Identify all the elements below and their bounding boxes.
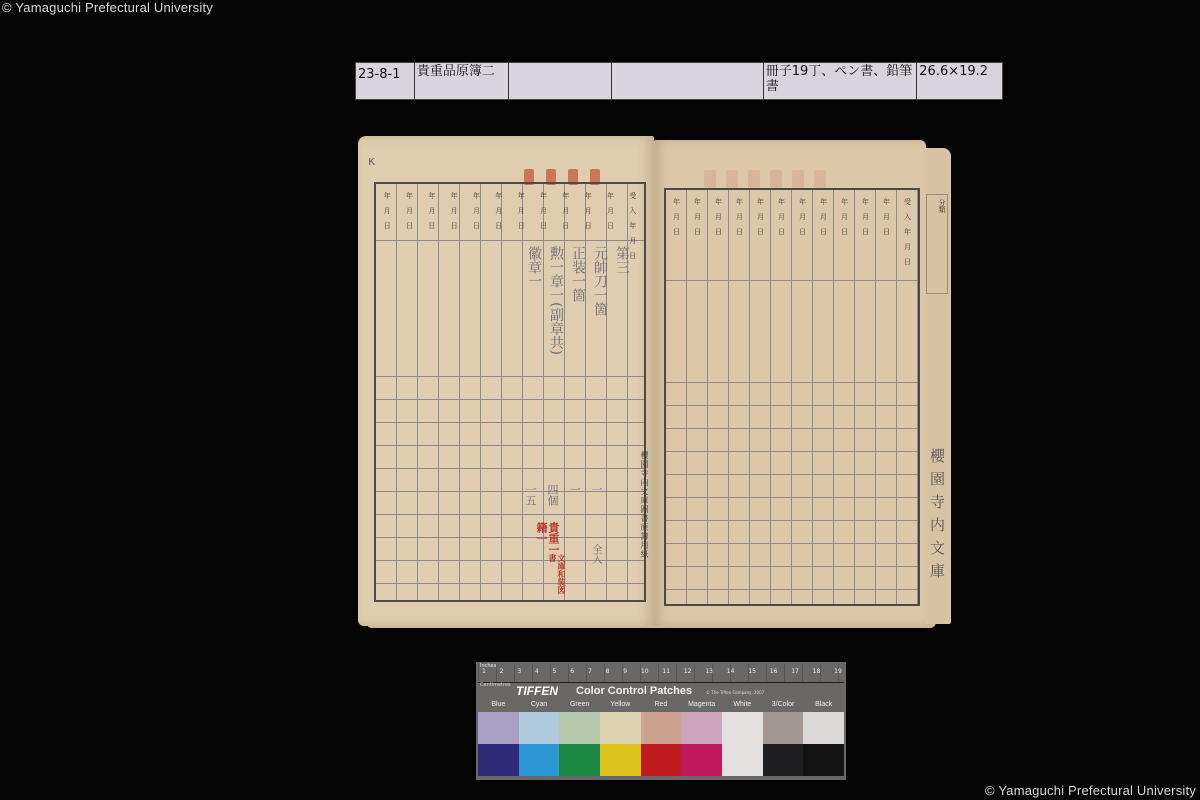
- color-patch-blue-top: [478, 712, 519, 744]
- color-patches: [478, 712, 844, 776]
- chart-title: Color Control Patches: [576, 685, 692, 697]
- tiffen-logo: TIFFEN: [516, 684, 558, 698]
- handwritten-entry: 徽章一: [524, 246, 544, 288]
- color-patch-cyan-bottom: [519, 744, 560, 776]
- color-patch-green-bottom: [559, 744, 600, 776]
- left-ledger-grid: 年月日 年月日 年月日 年月日 年月日 年月日 年月日 年月日 年月日 年月日 …: [374, 182, 646, 602]
- centimetres-label: Centimetres: [480, 682, 511, 688]
- color-patch-black-bottom: [803, 744, 844, 776]
- tiffen-color-chart: Inches 1 2 3 4 5 6 7 8 9 10 11 12 13 14 …: [476, 662, 846, 780]
- catalog-description: 冊子19丁、ペン書、鉛筆書: [764, 63, 918, 99]
- patch-labels: Blue Cyan Green Yellow Red Magenta White…: [478, 701, 844, 708]
- red-stamp-line: 貴重一: [548, 522, 559, 555]
- next-page-text: 櫻園寺内文庫: [927, 448, 948, 586]
- color-patch-blue-bottom: [478, 744, 519, 776]
- chart-copyright: © The Tiffen Company, 2007: [706, 690, 764, 695]
- color-patch-green-top: [559, 712, 600, 744]
- catalog-dimensions: 26.6×19.2: [917, 63, 1002, 99]
- count-entry: 一: [588, 484, 604, 495]
- color-patch-black-top: [803, 712, 844, 744]
- faint-stamp: [792, 170, 804, 188]
- handwritten-entry: 勲一章一(副章共): [546, 246, 566, 355]
- color-patch-white-top: [722, 712, 763, 744]
- right-ledger-grid: 年月日 年月日 年月日 年月日 年月日 年月日 年月日 年月日 年月日 年月日 …: [664, 188, 920, 606]
- classification-box: 分類: [926, 194, 948, 294]
- red-stamp-line: 文庫和装図書: [548, 554, 566, 600]
- color-patch-yellow-top: [600, 712, 641, 744]
- ruler-numbers: 1 2 3 4 5 6 7 8 9 10 11 12 13 14 15 16 1…: [482, 668, 842, 675]
- note-entry: 全入: [588, 544, 603, 564]
- catalog-title: 貴重品原簿二: [415, 63, 509, 99]
- count-entry: 一: [566, 484, 582, 495]
- color-patch-3-color-bottom: [763, 744, 804, 776]
- left-page: κ 年月日 年月日 年月日 年月日 年月日 年月日 年月日 年月日 年月日 年月…: [358, 136, 654, 626]
- catalog-blank-1: [509, 63, 613, 99]
- handwritten-entry: 正装一箇: [568, 246, 588, 302]
- faint-stamp: [748, 170, 760, 188]
- color-patch-magenta-top: [681, 712, 722, 744]
- color-patch-magenta-bottom: [681, 744, 722, 776]
- faint-stamp: [726, 170, 738, 188]
- watermark-bottom-right: © Yamaguchi Prefectural University: [985, 783, 1196, 798]
- faint-stamp: [770, 170, 782, 188]
- spine-label: 櫻園寺内文庫圖書原簿用紙: [639, 451, 650, 559]
- ledger-book: 櫻園寺内文庫 κ 年月日 年月日 年月日 年月日 年月日 年月日 年月日 年月日…: [358, 136, 952, 630]
- margin-mark: κ: [368, 154, 375, 168]
- red-stamp-line: 籍一: [536, 522, 547, 544]
- date-header-row: 年月日 年月日 年月日 年月日 年月日 年月日 年月日 年月日 年月日 年月日 …: [666, 198, 918, 273]
- catalog-label-strip: 23-8-1 貴重品原簿二 冊子19丁、ペン書、鉛筆書 26.6×19.2: [355, 62, 1003, 100]
- handwritten-entry: 第三: [612, 246, 632, 274]
- color-patch-cyan-top: [519, 712, 560, 744]
- count-entry: 四個: [544, 484, 560, 506]
- handwritten-entry: 元帥刀一箇: [590, 246, 610, 316]
- color-patch-yellow-bottom: [600, 744, 641, 776]
- watermark-top-left: © Yamaguchi Prefectural University: [2, 0, 213, 15]
- color-patch-white-bottom: [722, 744, 763, 776]
- color-patch-red-top: [641, 712, 682, 744]
- faint-stamp: [814, 170, 826, 188]
- color-patch-3-color-top: [763, 712, 804, 744]
- catalog-blank-2: [612, 63, 764, 99]
- count-entry: 一五: [522, 484, 538, 506]
- catalog-id: 23-8-1: [356, 63, 415, 99]
- faint-stamp: [704, 170, 716, 188]
- color-patch-red-bottom: [641, 744, 682, 776]
